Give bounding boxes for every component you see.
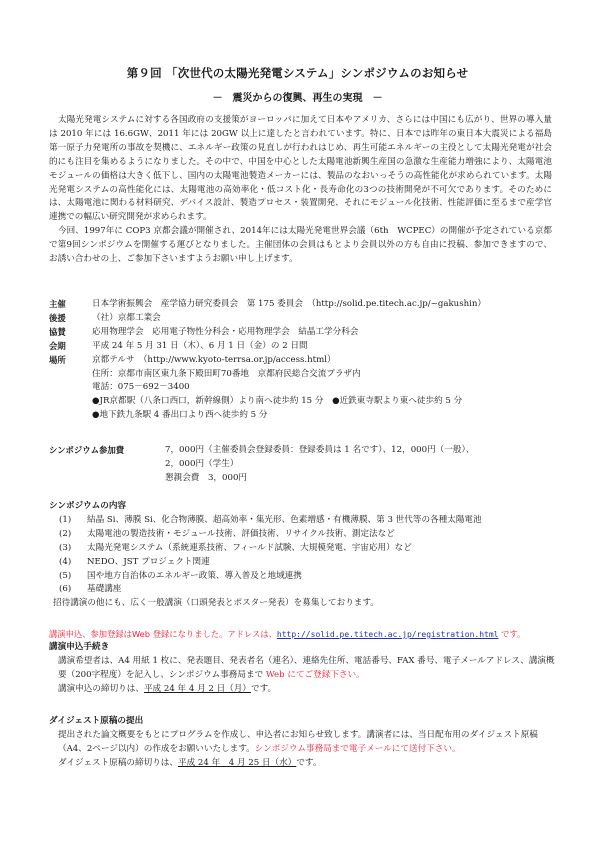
registration-link[interactable]: http://solid.pe.titech.ac.jp/registratio… (277, 630, 499, 639)
notice-prefix: 講演申込、参加登録はWeb 登録になりました。アドレスは、 (49, 629, 277, 639)
contents-section: シンポジウムの内容 (1)結晶 Si、薄膜 Si、化合物薄膜、超高効率・集光形、… (49, 500, 559, 611)
item-text: 国や地方自治体のエネルギー政策、導入普及と地域連携 (87, 570, 302, 584)
digest-paragraph: 提出された論文概要をもとにプログラムを作成し、申込者にお知らせ致します。講演者に… (58, 729, 559, 757)
document-page: 第９回 「次世代の太陽光発電システム」シンポジウムのお知らせ － 震災からの復興… (0, 0, 595, 842)
digest-deadline: ダイジェスト原稿の締切りは、平成 24 年 4 月 25 日（水）です。 (58, 757, 559, 771)
section-heading: ダイジェスト原稿の提出 (49, 715, 559, 729)
apply-text-highlight: Web にてご登録下さい。 (266, 670, 365, 680)
deadline-suffix: です。 (296, 758, 321, 768)
apply-body: 講演希望者は、A4 用紙 1 枚に、発表題目、発表者名（連名）、連絡先住所、電話… (49, 655, 559, 697)
info-row-venue: 場所 京都テルサ （http://www.kyoto-terrsa.or.jp/… (49, 354, 559, 368)
info-row-organizer: 主催 日本学術振興会 産学協力研究委員会 第 175 委員会 （http://s… (49, 298, 559, 312)
intro-section: 太陽光発電システムに対する各国政府の支援策がヨーロッパに加えて日本やアメリカ、さ… (49, 114, 552, 267)
info-value: 応用物理学会 応用電子物性分科会・応用物理学会 結晶工学分科会 (92, 326, 559, 340)
digest-section: ダイジェスト原稿の提出 提出された論文概要をもとにプログラムを作成し、申込者にお… (49, 715, 559, 771)
deadline-suffix: です。 (251, 684, 276, 694)
item-number: (4) (59, 556, 87, 570)
apply-paragraph: 講演希望者は、A4 用紙 1 枚に、発表題目、発表者名（連名）、連絡先住所、電話… (58, 655, 559, 683)
fee-label: シンポジウム参加費 (49, 444, 165, 486)
item-number: (3) (59, 542, 87, 556)
apply-section: 講演申込手続き 講演希望者は、A4 用紙 1 枚に、発表題目、発表者名（連名）、… (49, 641, 559, 697)
section-heading: シンポジウムの内容 (49, 500, 559, 514)
fee-line: 懇親会費 3，000円 (165, 472, 474, 486)
fee-line: 2，000円（学生） (165, 458, 474, 472)
venue-address: 住所：京都市南区東九条下殿田町70番地 京都府民総合交流プラザ内 (49, 368, 559, 382)
venue-phone: 電話：075－692－3400 (49, 381, 559, 395)
list-item: (5)国や地方自治体のエネルギー政策、導入普及と地域連携 (49, 570, 559, 584)
deadline-prefix: 講演申込の締切りは、 (58, 684, 144, 694)
info-label: 会期 (49, 340, 92, 354)
info-label: 後援 (49, 312, 92, 326)
item-number: (2) (59, 528, 87, 542)
item-text: 太陽光発電システム（系統連系技術、フィールド試験、大規模発電、宇宙応用）など (87, 542, 412, 556)
info-row-support: 後援 （社）京都工業会 (49, 312, 559, 326)
list-item: (4)NEDO、JST プロジェクト関連 (49, 556, 559, 570)
deadline-date: 平成 24 年 4 月 2 日（月） (144, 684, 251, 694)
list-item: (3)太陽光発電システム（系統連系技術、フィールド試験、大規模発電、宇宙応用）な… (49, 542, 559, 556)
contents-note: 招待講演の他にも、広く一般講演（口頭発表とポスター発表）を募集しております。 (49, 597, 559, 611)
intro-paragraph: 今回、1997年に COP3 京都会議が開催され、2014年には太陽光発電世界会… (49, 225, 552, 267)
deadline-prefix: ダイジェスト原稿の締切りは、 (58, 758, 178, 768)
info-row-cosponsor: 協賛 応用物理学会 応用電子物性分科会・応用物理学会 結晶工学分科会 (49, 326, 559, 340)
item-text: 基礎講座 (87, 583, 121, 597)
venue-name: 京都テルサ （http://www.kyoto-terrsa.or.jp/acc… (92, 354, 559, 368)
item-number: (6) (59, 583, 87, 597)
apply-deadline: 講演申込の締切りは、平成 24 年 4 月 2 日（月）です。 (58, 683, 559, 697)
deadline-date: 平成 24 年 4 月 25 日（水） (178, 758, 296, 768)
info-value: 日本学術振興会 産学協力研究委員会 第 175 委員会 （http://soli… (92, 298, 559, 312)
info-label: 場所 (49, 354, 92, 368)
digest-body: 提出された論文概要をもとにプログラムを作成し、申込者にお知らせ致します。講演者に… (49, 729, 559, 771)
list-item: (2)太陽電池の製造技術・モジュール技術、評価技術、リサイクル技術、測定法など (49, 528, 559, 542)
registration-notice: 講演申込、参加登録はWeb 登録になりました。アドレスは、http://soli… (49, 628, 569, 642)
list-item: (6)基礎講座 (49, 583, 559, 597)
page-title: 第９回 「次世代の太陽光発電システム」シンポジウムのお知らせ (0, 67, 595, 81)
fee-lines: 7，000円（主催委員会登録委員：登録委員は 1 名です）、12，000円（一般… (165, 444, 474, 486)
item-number: (5) (59, 570, 87, 584)
item-text: 結晶 Si、薄膜 Si、化合物薄膜、超高効率・集光形、色素増感・有機薄膜、第 3… (87, 514, 482, 528)
list-item: (1)結晶 Si、薄膜 Si、化合物薄膜、超高効率・集光形、色素増感・有機薄膜、… (49, 514, 559, 528)
event-info: 主催 日本学術振興会 産学協力研究委員会 第 175 委員会 （http://s… (49, 298, 559, 423)
venue-access: ●JR京都駅（八条口西口，新幹線側）より南へ徒歩約 15 分 ●近鉄東寺駅より東… (49, 395, 559, 409)
fee-section: シンポジウム参加費 7，000円（主催委員会登録委員：登録委員は 1 名です）、… (49, 444, 559, 486)
item-text: NEDO、JST プロジェクト関連 (87, 556, 210, 570)
info-value: 平成 24 年 5 月 31 日（木）、6 月 1 日（金）の 2 日間 (92, 340, 559, 354)
topic-list: (1)結晶 Si、薄膜 Si、化合物薄膜、超高効率・集光形、色素増感・有機薄膜、… (49, 514, 559, 597)
item-number: (1) (59, 514, 87, 528)
info-row-dates: 会期 平成 24 年 5 月 31 日（木）、6 月 1 日（金）の 2 日間 (49, 340, 559, 354)
page-subtitle: － 震災からの復興、再生の実現 － (0, 92, 595, 106)
fee-line: 7，000円（主催委員会登録委員：登録委員は 1 名です）、12，000円（一般… (165, 444, 474, 458)
info-label: 協賛 (49, 326, 92, 340)
section-heading: 講演申込手続き (49, 641, 559, 655)
venue-access: ●地下鉄九条駅 4 番出口より西へ徒歩約 5 分 (49, 409, 559, 423)
info-label: 主催 (49, 298, 92, 312)
item-text: 太陽電池の製造技術・モジュール技術、評価技術、リサイクル技術、測定法など (87, 528, 395, 542)
digest-text-highlight: シンポジウム事務局まで電子メールにて送付下さい。 (255, 744, 461, 754)
notice-suffix: です。 (498, 629, 525, 639)
intro-paragraph: 太陽光発電システムに対する各国政府の支援策がヨーロッパに加えて日本やアメリカ、さ… (49, 114, 552, 225)
info-value: （社）京都工業会 (92, 312, 559, 326)
